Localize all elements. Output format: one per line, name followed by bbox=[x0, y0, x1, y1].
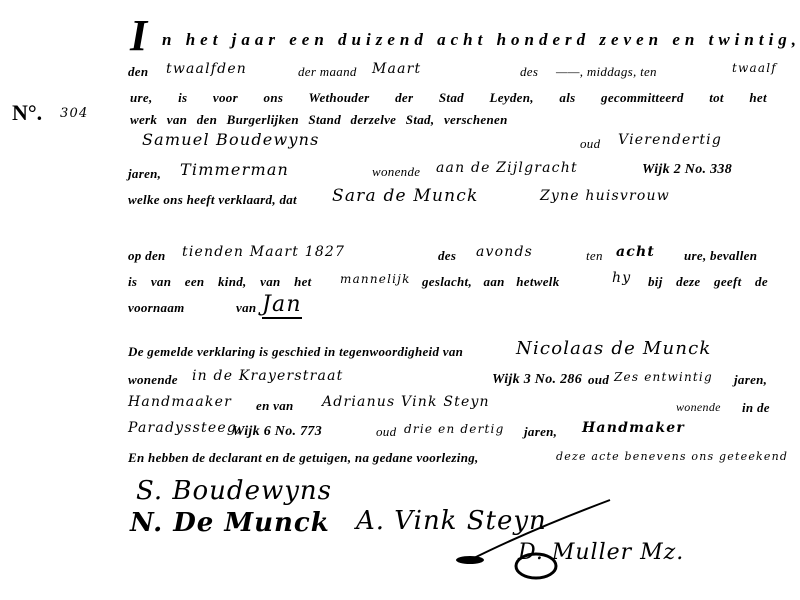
text: der bbox=[395, 90, 413, 105]
text: Stad bbox=[439, 90, 464, 105]
witness-2-address: Paradyssteeg, bbox=[128, 420, 243, 436]
birth-hour: acht bbox=[616, 244, 655, 260]
signature-flourish bbox=[440, 490, 700, 580]
text: oud bbox=[580, 136, 600, 152]
child-sex: mannelijk bbox=[340, 272, 411, 286]
text: wonende bbox=[372, 164, 420, 180]
text: jaren, bbox=[734, 372, 767, 388]
child-name: Jan bbox=[262, 292, 302, 319]
text: ten bbox=[586, 248, 603, 264]
declarant-wijk: Wijk 2 No. 338 bbox=[642, 162, 732, 178]
text: en van bbox=[256, 398, 294, 414]
witness-1-wijk: Wijk 3 No. 286 bbox=[492, 372, 582, 388]
signature-declarant: S. Boudewyns bbox=[136, 476, 332, 506]
witness-1-address: in de Krayerstraat bbox=[192, 368, 343, 384]
declarant-age: Vierendertig bbox=[618, 132, 722, 148]
text: oud bbox=[588, 372, 609, 388]
witness-2-occupation: Handmaker bbox=[582, 420, 685, 436]
text: van bbox=[236, 300, 256, 316]
filled-month: Maart bbox=[372, 61, 421, 77]
line-3: ure, is voor ons Wethouder der Stad Leyd… bbox=[130, 90, 767, 106]
witness-2-wijk: Wijk 6 No. 773 bbox=[232, 424, 322, 440]
birth-date: tienden Maart 1827 bbox=[182, 244, 345, 260]
text: het bbox=[749, 90, 767, 105]
text: voornaam bbox=[128, 300, 185, 316]
text: als bbox=[559, 90, 575, 105]
text: welke ons heeft verklaard, dat bbox=[128, 192, 297, 208]
declarant-address: aan de Zijlgracht bbox=[436, 160, 578, 176]
text: Wethouder bbox=[309, 90, 370, 105]
text: bij deze geeft de bbox=[648, 274, 768, 290]
text: En hebben de declarant en de getuigen, n… bbox=[128, 450, 479, 466]
text: voor bbox=[213, 90, 238, 105]
text: wonende bbox=[128, 372, 178, 388]
closing-handwritten: deze acte benevens ons geteekend bbox=[556, 450, 788, 463]
text: des bbox=[438, 248, 456, 264]
text: gecommitteerd bbox=[601, 90, 684, 105]
text: geslacht, aan hetwelk bbox=[422, 274, 560, 290]
witness-1-age: Zes entwintig bbox=[614, 370, 713, 384]
text: is van een kind, van het bbox=[128, 274, 312, 290]
line-1: n het jaar een duizend acht honderd zeve… bbox=[162, 30, 800, 50]
relation: Zyne huisvrouw bbox=[540, 188, 670, 204]
record-number-value: 304 bbox=[60, 106, 88, 121]
witness-2-name: Adrianus Vink Steyn bbox=[322, 394, 490, 410]
witness-1-occupation: Handmaaker bbox=[128, 394, 232, 410]
text: in de bbox=[742, 400, 770, 416]
text: ons bbox=[264, 90, 284, 105]
mother-name: Sara de Munck bbox=[332, 186, 479, 206]
filled-hour: twaalf bbox=[732, 61, 777, 75]
text: jaren, bbox=[128, 166, 161, 182]
declarant-occupation: Timmerman bbox=[180, 160, 289, 179]
text: tot bbox=[709, 90, 724, 105]
witness-1-name: Nicolaas de Munck bbox=[516, 338, 712, 359]
text: De gemelde verklaring is geschied in teg… bbox=[128, 344, 463, 360]
text: ure, bbox=[130, 90, 153, 105]
text: ——, middags, ten bbox=[556, 64, 657, 80]
birth-time-of-day: avonds bbox=[476, 244, 533, 260]
initial-capital: I bbox=[130, 14, 147, 58]
record-number-label: N°. bbox=[12, 100, 42, 126]
text: oud bbox=[376, 424, 396, 440]
text: jaren, bbox=[524, 424, 557, 440]
text: op den bbox=[128, 248, 166, 264]
filled-day: twaalfden bbox=[166, 61, 247, 77]
text: der maand bbox=[298, 64, 357, 80]
text: is bbox=[178, 90, 187, 105]
text: den bbox=[128, 64, 148, 80]
text: ure, bevallen bbox=[684, 248, 757, 264]
declarant-pronoun: hy bbox=[612, 270, 631, 286]
line-4: werk van den Burgerlijken Stand derzelve… bbox=[130, 112, 508, 128]
text: des bbox=[520, 64, 538, 80]
signature-witness-1: N. De Munck bbox=[130, 508, 330, 538]
text: wonende bbox=[676, 400, 721, 415]
text: Leyden, bbox=[489, 90, 533, 105]
witness-2-age: drie en dertig bbox=[404, 422, 504, 436]
declarant-name: Samuel Boudewyns bbox=[142, 130, 320, 149]
